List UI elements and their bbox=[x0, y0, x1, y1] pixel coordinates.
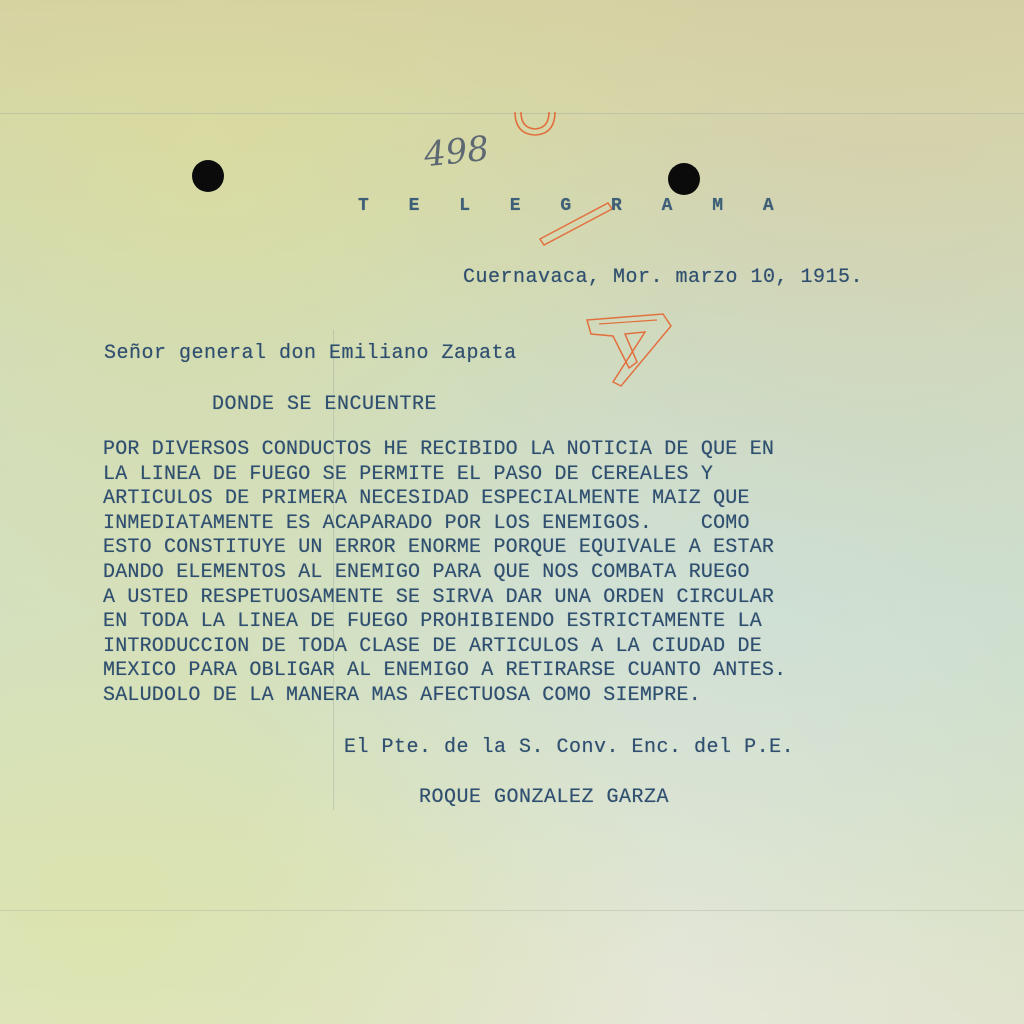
location-line: DONDE SE ENCUENTRE bbox=[212, 393, 437, 416]
telegram-body: POR DIVERSOS CONDUCTOS HE RECIBIDO LA NO… bbox=[103, 438, 786, 709]
body-line: INTRODUCCION DE TODA CLASE DE ARTICULOS … bbox=[103, 635, 786, 660]
signature-name: ROQUE GONZALEZ GARZA bbox=[419, 786, 669, 809]
body-line: DANDO ELEMENTOS AL ENEMIGO PARA QUE NOS … bbox=[103, 561, 786, 586]
bottom-fold-line bbox=[0, 910, 1024, 911]
body-line: POR DIVERSOS CONDUCTOS HE RECIBIDO LA NO… bbox=[103, 438, 786, 463]
document-title: T E L E G R A M A bbox=[358, 196, 788, 216]
top-fold-band bbox=[0, 0, 1024, 114]
body-line: SALUDOLO DE LA MANERA MAS AFECTUOSA COMO… bbox=[103, 684, 786, 709]
archive-number: 498 bbox=[422, 129, 491, 176]
punch-hole-right bbox=[668, 163, 700, 195]
body-line: EN TODA LA LINEA DE FUEGO PROHIBIENDO ES… bbox=[103, 610, 786, 635]
body-line: LA LINEA DE FUEGO SE PERMITE EL PASO DE … bbox=[103, 463, 786, 488]
recipient-line: Señor general don Emiliano Zapata bbox=[104, 342, 517, 365]
body-line: MEXICO PARA OBLIGAR AL ENEMIGO A RETIRAR… bbox=[103, 659, 786, 684]
signature-title: El Pte. de la S. Conv. Enc. del P.E. bbox=[344, 736, 794, 759]
body-line: A USTED RESPETUOSAMENTE SE SIRVA DAR UNA… bbox=[103, 586, 786, 611]
red-stamp-arc-icon bbox=[505, 110, 565, 142]
body-line: ESTO CONSTITUYE UN ERROR ENORME PORQUE E… bbox=[103, 536, 786, 561]
body-line: ARTICULOS DE PRIMERA NECESIDAD ESPECIALM… bbox=[103, 487, 786, 512]
punch-hole-left bbox=[192, 160, 224, 192]
red-stamp-letter-a-icon bbox=[585, 310, 677, 390]
place-date: Cuernavaca, Mor. marzo 10, 1915. bbox=[463, 266, 863, 289]
body-line: INMEDIATAMENTE ES ACAPARADO POR LOS ENEM… bbox=[103, 512, 786, 537]
